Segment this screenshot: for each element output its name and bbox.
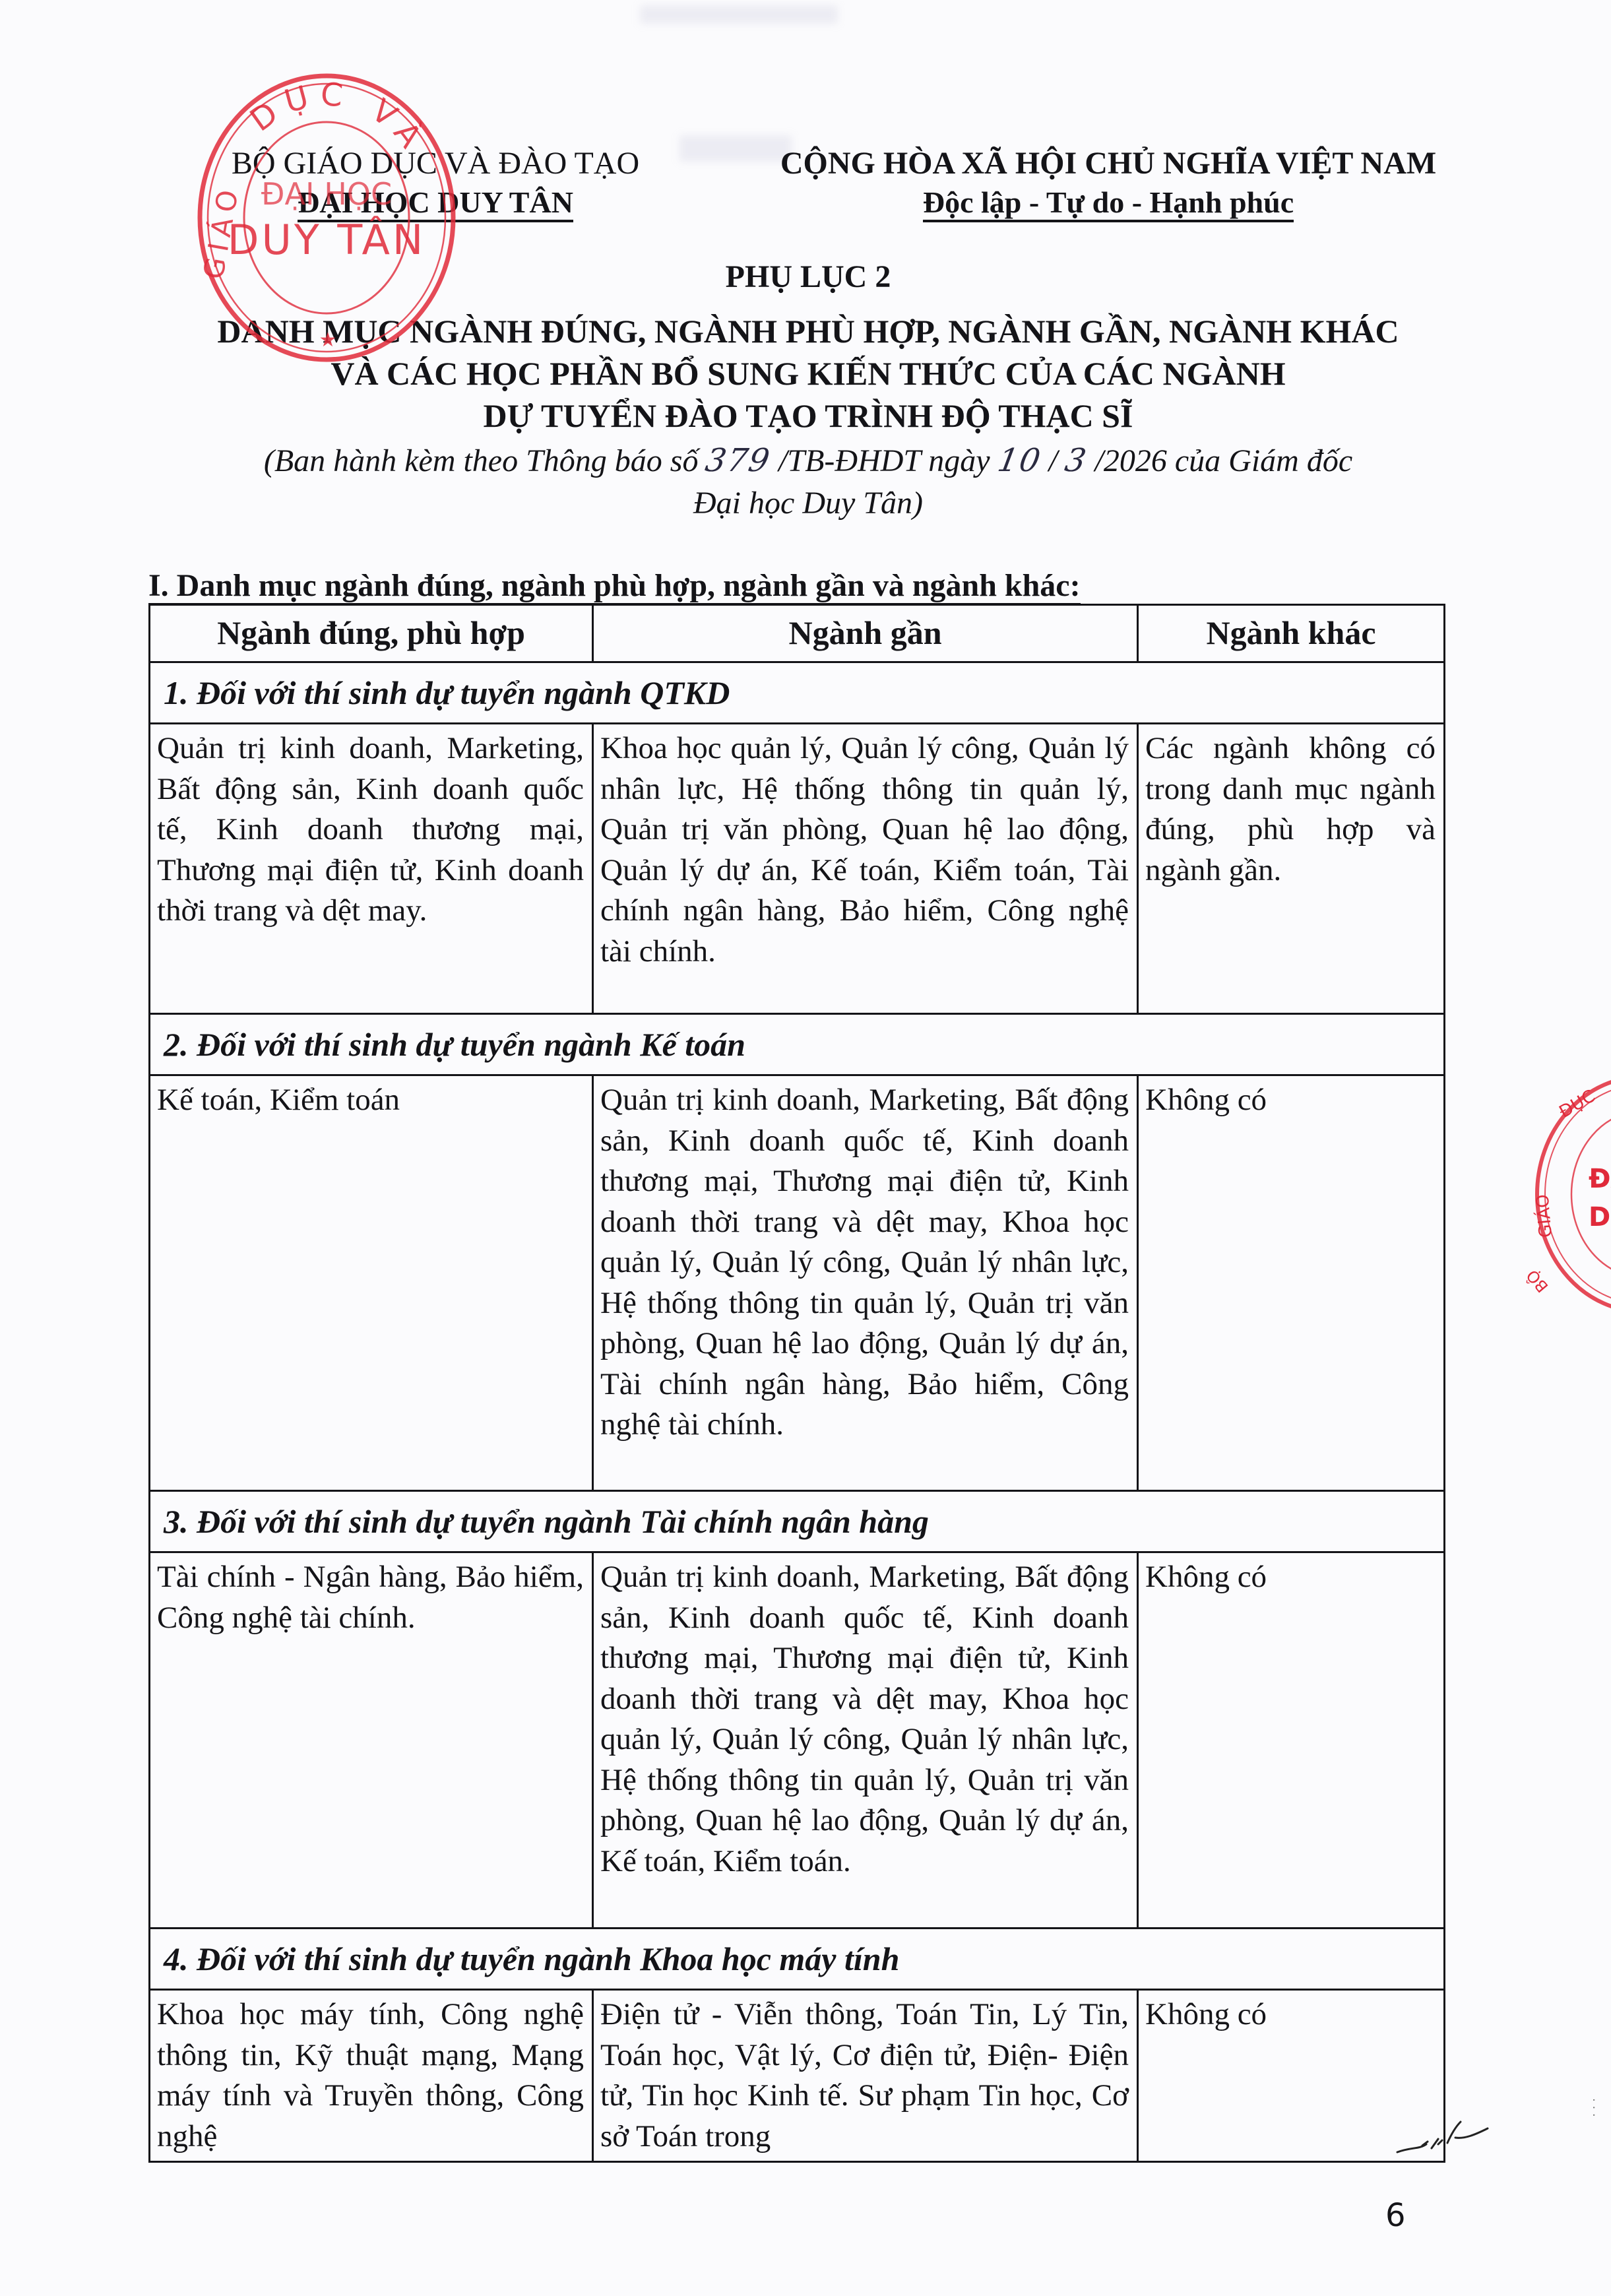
cell-other: Các ngành không có trong danh mục ngành …: [1138, 724, 1445, 1014]
country-name: CỘNG HÒA XÃ HỘI CHỦ NGHĨA VIỆT NAM: [752, 144, 1465, 183]
partial-seal-icon: ĐỤC GIÁO BỘ ĐA DU: [1511, 1069, 1611, 1320]
group-row: 4. Đối với thí sinh dự tuyển ngành Khoa …: [150, 1929, 1445, 1990]
cell-near: Khoa học quản lý, Quản lý công, Quản lý …: [593, 724, 1138, 1014]
column-header-other: Ngành khác: [1138, 605, 1445, 662]
issuance-note-line-2: Đại học Duy Tân): [693, 486, 923, 521]
column-header-correct: Ngành đúng, phù hợp: [150, 605, 593, 662]
issuance-note: (Ban hành kèm theo Thông báo số 379 /TB-…: [132, 439, 1484, 525]
table-row: Quản trị kinh doanh, Marketing, Bất động…: [150, 724, 1445, 1014]
cell-other: Không có: [1138, 1552, 1445, 1929]
title-block: PHỤ LỤC 2 DANH MỤC NGÀNH ĐÚNG, NGÀNH PHÙ…: [132, 256, 1484, 525]
university-name: ĐẠI HỌC DUY TÂN: [298, 185, 573, 222]
issuer-block: BỘ GIÁO DỤC VÀ ĐÀO TẠO ĐẠI HỌC DUY TÂN: [198, 144, 673, 222]
svg-text:GIÁO: GIÁO: [1531, 1194, 1556, 1238]
table-row: Tài chính - Ngân hàng, Bảo hiểm, Công ng…: [150, 1552, 1445, 1929]
group-title: 2. Đối với thí sinh dự tuyển ngành Kế to…: [150, 1014, 1445, 1075]
group-title: 4. Đối với thí sinh dự tuyển ngành Khoa …: [150, 1929, 1445, 1990]
group-row: 2. Đối với thí sinh dự tuyển ngành Kế to…: [150, 1014, 1445, 1075]
title-line-2: VÀ CÁC HỌC PHẦN BỔ SUNG KIẾN THỨC CỦA CÁ…: [132, 352, 1484, 395]
section-heading: I. Danh mục ngành đúng, ngành phù hợp, n…: [148, 566, 1081, 606]
title-line-3: DỰ TUYỂN ĐÀO TẠO TRÌNH ĐỘ THẠC SĨ: [132, 395, 1484, 437]
table-header-row: Ngành đúng, phù hợp Ngành gần Ngành khác: [150, 605, 1445, 662]
page-number: 6: [1385, 2197, 1406, 2234]
cell-near: Quản trị kinh doanh, Marketing, Bất động…: [593, 1552, 1138, 1929]
cell-correct: Tài chính - Ngân hàng, Bảo hiểm, Công ng…: [150, 1552, 593, 1929]
group-row: 3. Đối với thí sinh dự tuyển ngành Tài c…: [150, 1491, 1445, 1552]
svg-text:ĐỤC: ĐỤC: [1556, 1086, 1599, 1122]
group-title: 3. Đối với thí sinh dự tuyển ngành Tài c…: [150, 1491, 1445, 1552]
majors-table: Ngành đúng, phù hợp Ngành gần Ngành khác…: [148, 604, 1445, 2163]
table-row: Khoa học máy tính, Công nghệ thông tin, …: [150, 1990, 1445, 2162]
cell-correct: Kế toán, Kiểm toán: [150, 1075, 593, 1491]
cell-correct: Quản trị kinh doanh, Marketing, Bất động…: [150, 724, 593, 1014]
appendix-label: PHỤ LỤC 2: [132, 256, 1484, 298]
column-header-near: Ngành gần: [593, 605, 1138, 662]
group-title: 1. Đối với thí sinh dự tuyển ngành QTKD: [150, 662, 1445, 724]
svg-text:BỘ: BỘ: [1522, 1266, 1552, 1296]
initials-signature-icon: [1392, 2118, 1491, 2164]
document-page: BỘ GIÁO DỤC VÀ ĐÀO TẠO ĐẠI HỌC DUY TÂN C…: [0, 0, 1611, 2296]
ministry-name: BỘ GIÁO DỤC VÀ ĐÀO TẠO: [198, 144, 673, 183]
svg-text:DU: DU: [1589, 1202, 1611, 1232]
national-motto: Độc lập - Tự do - Hạnh phúc: [923, 185, 1294, 222]
cell-near: Quản trị kinh doanh, Marketing, Bất động…: [593, 1075, 1138, 1491]
handwritten-day: 10: [994, 439, 1044, 482]
scan-edge-marks: · · ·: [1587, 2098, 1600, 2117]
table-row: Kế toán, Kiểm toán Quản trị kinh doanh, …: [150, 1075, 1445, 1491]
cell-correct: Khoa học máy tính, Công nghệ thông tin, …: [150, 1990, 593, 2162]
title-line-1: DANH MỤC NGÀNH ĐÚNG, NGÀNH PHÙ HỢP, NGÀN…: [132, 310, 1484, 352]
group-row: 1. Đối với thí sinh dự tuyển ngành QTKD: [150, 662, 1445, 724]
svg-text:ĐA: ĐA: [1589, 1164, 1611, 1194]
handwritten-notice-number: 379: [703, 439, 774, 482]
cell-other: Không có: [1138, 1075, 1445, 1491]
scan-smudge: [640, 5, 838, 24]
handwritten-month: 3: [1061, 439, 1090, 482]
cell-near: Điện tử - Viễn thông, Toán Tin, Lý Tin, …: [593, 1990, 1138, 2162]
national-heading: CỘNG HÒA XÃ HỘI CHỦ NGHĨA VIỆT NAM Độc l…: [752, 144, 1465, 222]
